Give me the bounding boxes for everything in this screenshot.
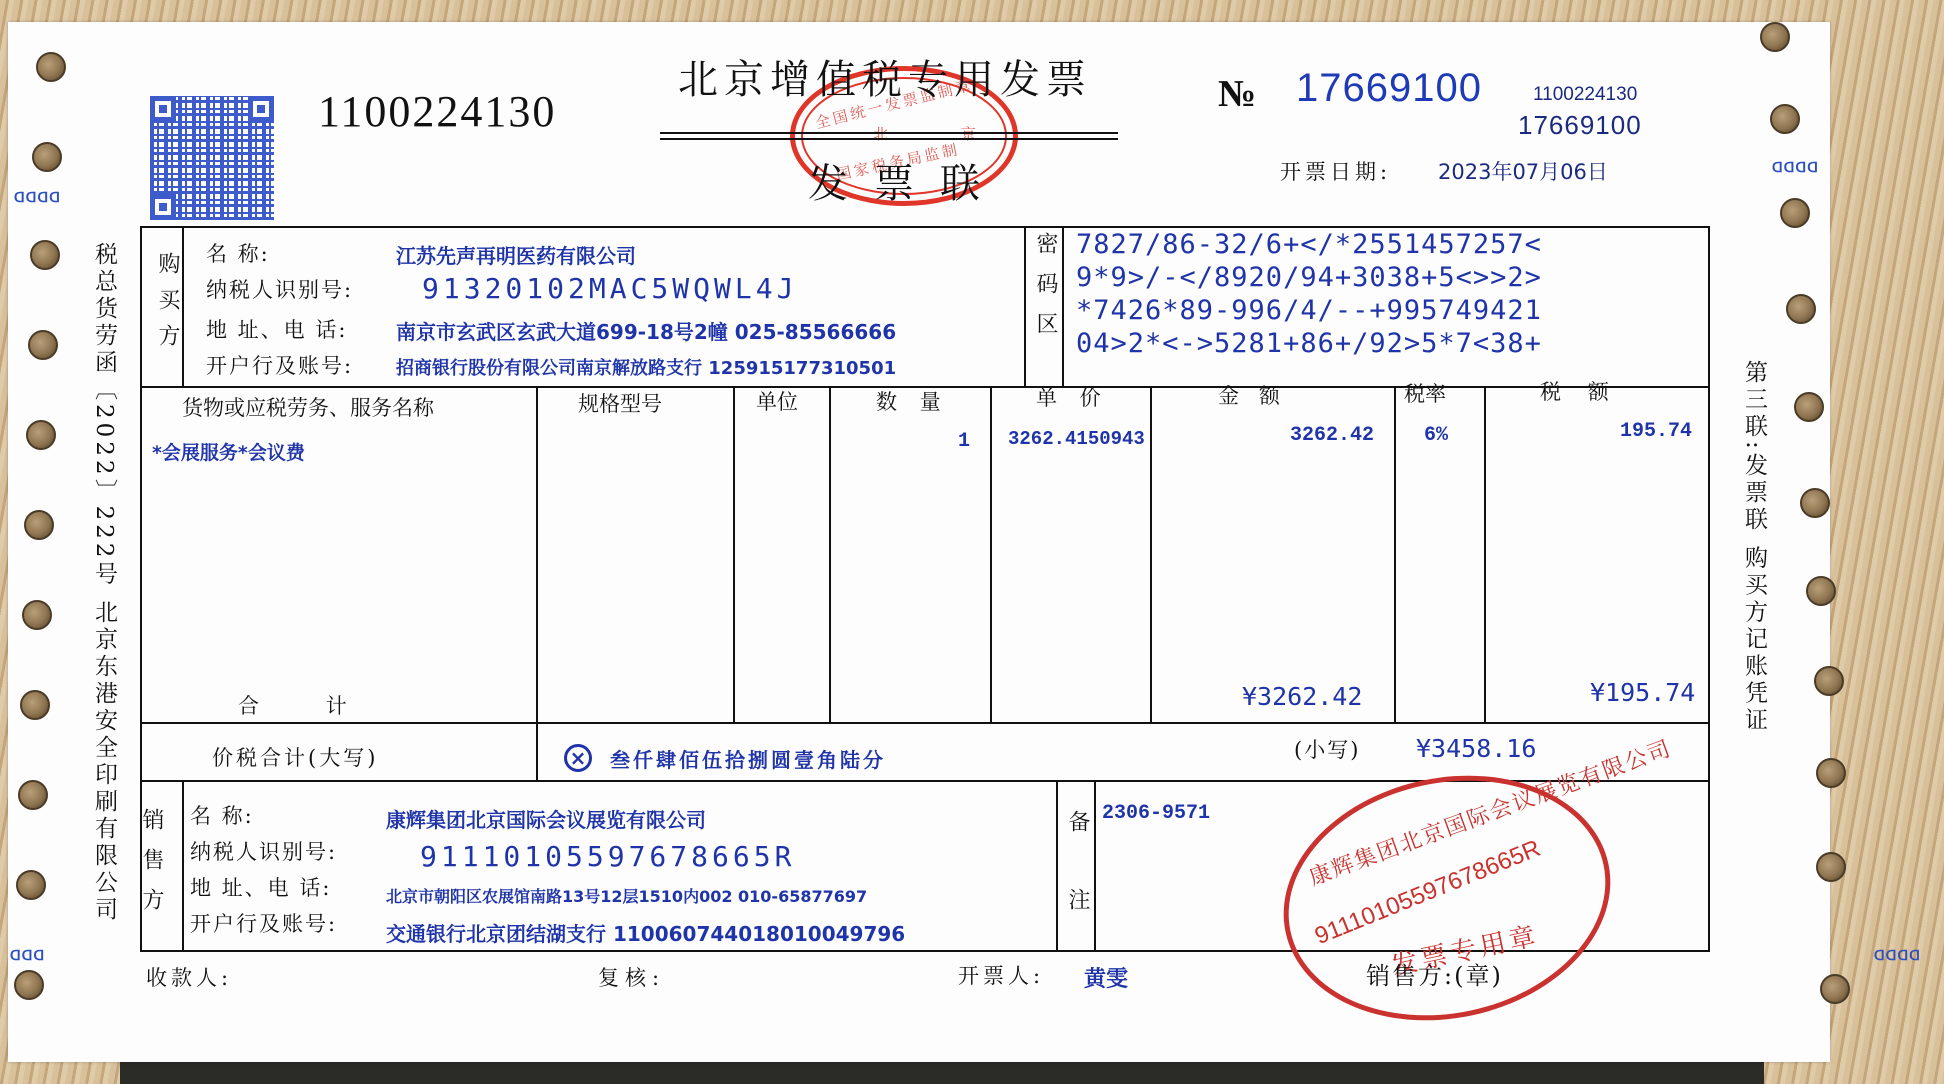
perforation-hole — [32, 142, 62, 172]
seller-section-label: 销售方 — [136, 808, 167, 928]
divider — [990, 386, 992, 722]
header-amount: 金 额 — [1218, 380, 1280, 410]
header-quantity: 数 量 — [876, 386, 949, 416]
perforation-hole — [22, 600, 52, 630]
qr-finder-icon — [150, 194, 176, 220]
buyer-section-label: 购买方 — [152, 252, 183, 360]
cipher-line: 7827/86-32/6+</*2551457257< — [1076, 228, 1542, 261]
header-item-name: 货物或应税劳务、服务名称 — [182, 392, 434, 422]
invoice-number-small: 17669100 — [1518, 110, 1642, 141]
cipher-line: *7426*89-996/4/--+995749421 — [1076, 294, 1542, 327]
seller-bank-label: 开户行及账号: — [190, 908, 337, 938]
perforation-hole — [1780, 198, 1810, 228]
circled-x-icon: × — [564, 744, 592, 772]
perforation-hole — [1816, 758, 1846, 788]
item-name: *会展服务*会议费 — [152, 438, 305, 465]
header-spec: 规格型号 — [578, 388, 662, 418]
buyer-bank-label: 开户行及账号: — [206, 350, 353, 380]
buyer-tax-id-label: 纳税人识别号: — [206, 274, 353, 304]
title-underline — [660, 138, 1118, 140]
grand-total-lowercase-label: (小写) — [1294, 734, 1360, 764]
divider — [140, 722, 1710, 724]
grand-total-uppercase: 叁仟肆佰伍拾捌圆壹角陆分 — [610, 744, 886, 773]
buyer-bank-account: 招商银行股份有限公司南京解放路支行 125915177310501 — [396, 354, 896, 380]
divider — [1150, 386, 1152, 722]
seller-seal-label: 销售方:(章) — [1366, 956, 1503, 991]
title-underline — [660, 132, 1118, 134]
buyer-name-label: 名 称: — [206, 238, 270, 268]
perforation-hole — [28, 330, 58, 360]
perforation-hole — [36, 52, 66, 82]
perforation-hole — [18, 780, 48, 810]
item-tax-rate: 6% — [1424, 424, 1448, 447]
seller-name: 康辉集团北京国际会议展览有限公司 — [386, 804, 706, 833]
perforation-hole — [20, 690, 50, 720]
header-tax-rate: 税率 — [1404, 378, 1446, 408]
perforation-hole — [1800, 488, 1830, 518]
copy-name: 发票联 — [808, 152, 1006, 209]
invoice-title: 北京增值税专用发票 — [678, 48, 1092, 105]
margin-mark: ᗡᗡᗡᗡ — [1874, 948, 1921, 964]
issue-date: 2023年07月06日 — [1438, 156, 1608, 186]
background-surface — [120, 1060, 1764, 1084]
margin-mark: ᗡᗡᗡ — [10, 948, 45, 964]
cipher-area: 7827/86-32/6+</*2551457257<9*9>/-</8920/… — [1076, 228, 1542, 360]
item-unit-price: 3262.4150943 — [1008, 428, 1145, 450]
perforation-hole — [30, 240, 60, 270]
cipher-section-label: 密码区 — [1030, 232, 1061, 352]
item-quantity: 1 — [958, 430, 970, 453]
divider — [1094, 780, 1096, 952]
divider — [536, 386, 538, 722]
buyer-name: 江苏先声再明医药有限公司 — [396, 240, 636, 269]
qr-finder-icon — [248, 96, 274, 122]
perforation-hole — [1814, 666, 1844, 696]
remarks-label: 备注 — [1062, 810, 1093, 966]
perforation-hole — [1794, 392, 1824, 422]
margin-mark: ᗡᗡᗡᗡ — [14, 190, 61, 206]
perforation-hole — [1760, 22, 1790, 52]
printer-note: 税总货劳函〔2022〕222号 北京东港安全印刷有限公司 — [88, 242, 121, 924]
qr-code — [150, 96, 274, 220]
cipher-line: 04>2*<->5281+86+/92>5*7<38+ — [1076, 327, 1542, 360]
seller-address-phone: 北京市朝阳区农展馆南路13号12层1510内002 010-65877697 — [386, 884, 867, 907]
total-amount: ¥3262.42 — [1242, 682, 1362, 711]
copy-note: 第三联:发票联 购买方记账凭证 — [1738, 360, 1771, 734]
divider — [1484, 386, 1486, 722]
perforation-hole — [1770, 104, 1800, 134]
total-tax: ¥195.74 — [1590, 678, 1695, 707]
divider — [182, 780, 184, 952]
item-amount: 3262.42 — [1290, 424, 1374, 447]
perforation-hole — [1786, 294, 1816, 324]
buyer-address-label: 地 址、电 话: — [206, 314, 347, 344]
seller-tax-id: 911101055976786​65R — [420, 840, 795, 873]
perforation-hole — [1806, 576, 1836, 606]
seller-tax-id-label: 纳税人识别号: — [190, 836, 337, 866]
payee-label: 收款人: — [146, 962, 232, 992]
divider — [1024, 226, 1026, 386]
perforation-hole — [1820, 974, 1850, 1004]
issuer-label: 开票人: — [958, 960, 1044, 990]
invoice-code-small: 1100224130 — [1533, 84, 1637, 106]
buyer-address-phone: 南京市玄武区玄武大道699-18号2幢 025-85566666 — [396, 316, 896, 345]
divider — [1056, 780, 1058, 952]
issuer-name: 黄雯 — [1084, 962, 1128, 993]
divider — [1062, 226, 1064, 386]
invoice-number: 17669100 — [1296, 66, 1482, 111]
qr-finder-icon — [150, 96, 176, 122]
cipher-line: 9*9>/-</8920/94+3038+5<>>2> — [1076, 261, 1542, 294]
perforation-hole — [16, 870, 46, 900]
date-label: 开票日期: — [1280, 156, 1391, 186]
invoice-code: 1100224130 — [318, 86, 556, 137]
buyer-tax-id: 91320102MAC5WQWL4J — [422, 272, 797, 305]
divider — [829, 386, 831, 722]
reviewer-label: 复核: — [598, 962, 665, 992]
remarks-text: 2306-9571 — [1102, 802, 1210, 825]
total-label: 合 计 — [238, 690, 347, 720]
divider — [536, 722, 538, 780]
seller-address-label: 地 址、电 话: — [190, 872, 331, 902]
grand-total-lowercase: ¥3458.16 — [1416, 734, 1536, 763]
perforation-hole — [14, 970, 44, 1000]
seller-name-label: 名 称: — [190, 800, 254, 830]
item-tax: 195.74 — [1620, 420, 1692, 443]
header-tax: 税 额 — [1540, 376, 1609, 406]
grand-total-label: 价税合计(大写) — [212, 742, 378, 772]
divider — [733, 386, 735, 722]
margin-mark: ᗡᗡᗡᗡ — [1772, 160, 1819, 176]
divider — [1394, 386, 1396, 722]
perforation-hole — [24, 510, 54, 540]
number-sign: № — [1218, 72, 1256, 116]
header-unit: 单位 — [756, 386, 798, 416]
seller-bank-account: 交通银行北京团结湖支行 110060744018010049796 — [386, 918, 905, 947]
perforation-hole — [26, 420, 56, 450]
perforation-hole — [1816, 852, 1846, 882]
header-unit-price: 单 价 — [1036, 382, 1109, 412]
